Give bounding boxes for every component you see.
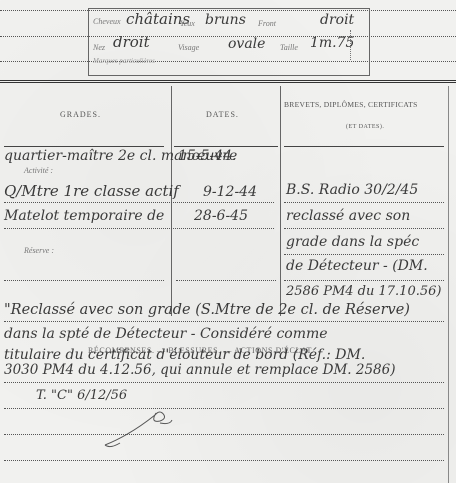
signature-mark — [100, 405, 180, 455]
header-dates: DATES. — [206, 110, 239, 119]
value-taille: 1m.75 — [310, 35, 354, 51]
section-rule — [0, 80, 456, 83]
label-marques: Marques particulières — [93, 57, 155, 65]
rule — [284, 228, 444, 229]
column-divider — [171, 86, 172, 316]
label-nez: Nez — [93, 43, 105, 52]
date-entry: 9-12-44 — [203, 184, 257, 200]
value-yeux: bruns — [205, 12, 246, 28]
header-rule — [174, 146, 278, 147]
value-nez: droit — [113, 33, 150, 51]
label-cheveux: Cheveux — [93, 17, 121, 26]
annotation-line: dans la spté de Détecteur - Considéré co… — [4, 326, 328, 342]
annotation-line: "Reclassé avec son grade (S.Mtre de 2e c… — [4, 302, 410, 318]
brevet-line: reclassé avec son — [286, 208, 410, 224]
annotation-line: 3030 PM4 du 4.12.56, qui annule et rempl… — [4, 362, 396, 378]
rule — [284, 280, 444, 281]
column-divider — [280, 86, 281, 316]
rule — [4, 202, 274, 203]
header-rule — [4, 146, 164, 147]
date-entry: 28-6-45 — [194, 208, 248, 224]
grade-entry: Matelot temporaire de — [4, 208, 164, 224]
value-visage: ovale — [228, 36, 265, 52]
brevet-line: 2586 PM4 du 17.10.56) — [286, 284, 441, 299]
header-grades: GRADES. — [60, 110, 101, 119]
section-activite: Activité : — [24, 166, 53, 175]
label-visage: Visage — [178, 43, 199, 52]
rule — [4, 228, 274, 229]
header-brevets-sub: (ET DATES). — [346, 124, 384, 130]
annotation-line: titulaire du certificat d'élouteur de bo… — [4, 347, 365, 363]
label-taille: Taille — [280, 43, 298, 52]
rule — [176, 280, 276, 281]
value-front: droit — [320, 12, 354, 28]
brevet-line: de Détecteur - (DM. — [286, 258, 428, 274]
rule — [4, 280, 164, 281]
header-brevets: BREVETS, DIPLÔMES, CERTIFICATS — [284, 100, 418, 109]
grade-entry: Q/Mtre 1re classe actif — [4, 182, 179, 200]
record-page: Cheveux châtains Yeux bruns Front droit … — [0, 0, 456, 483]
rule — [4, 434, 444, 435]
rule — [4, 460, 444, 461]
rule — [284, 202, 444, 203]
label-front: Front — [258, 19, 276, 28]
rule — [4, 321, 444, 322]
date-entry: 15-5-44. — [178, 148, 236, 164]
brevet-line: grade dans la spéc — [286, 234, 419, 250]
rule — [4, 408, 444, 409]
section-reserve: Réserve : — [24, 246, 54, 255]
header-rule — [284, 146, 444, 147]
brevet-line: B.S. Radio 30/2/45 — [286, 182, 418, 198]
label-yeux: Yeux — [180, 19, 195, 28]
rule — [4, 382, 444, 383]
column-divider — [448, 86, 449, 483]
footer-stamp: T. "C" 6/12/56 — [36, 388, 127, 403]
rule — [284, 254, 444, 255]
